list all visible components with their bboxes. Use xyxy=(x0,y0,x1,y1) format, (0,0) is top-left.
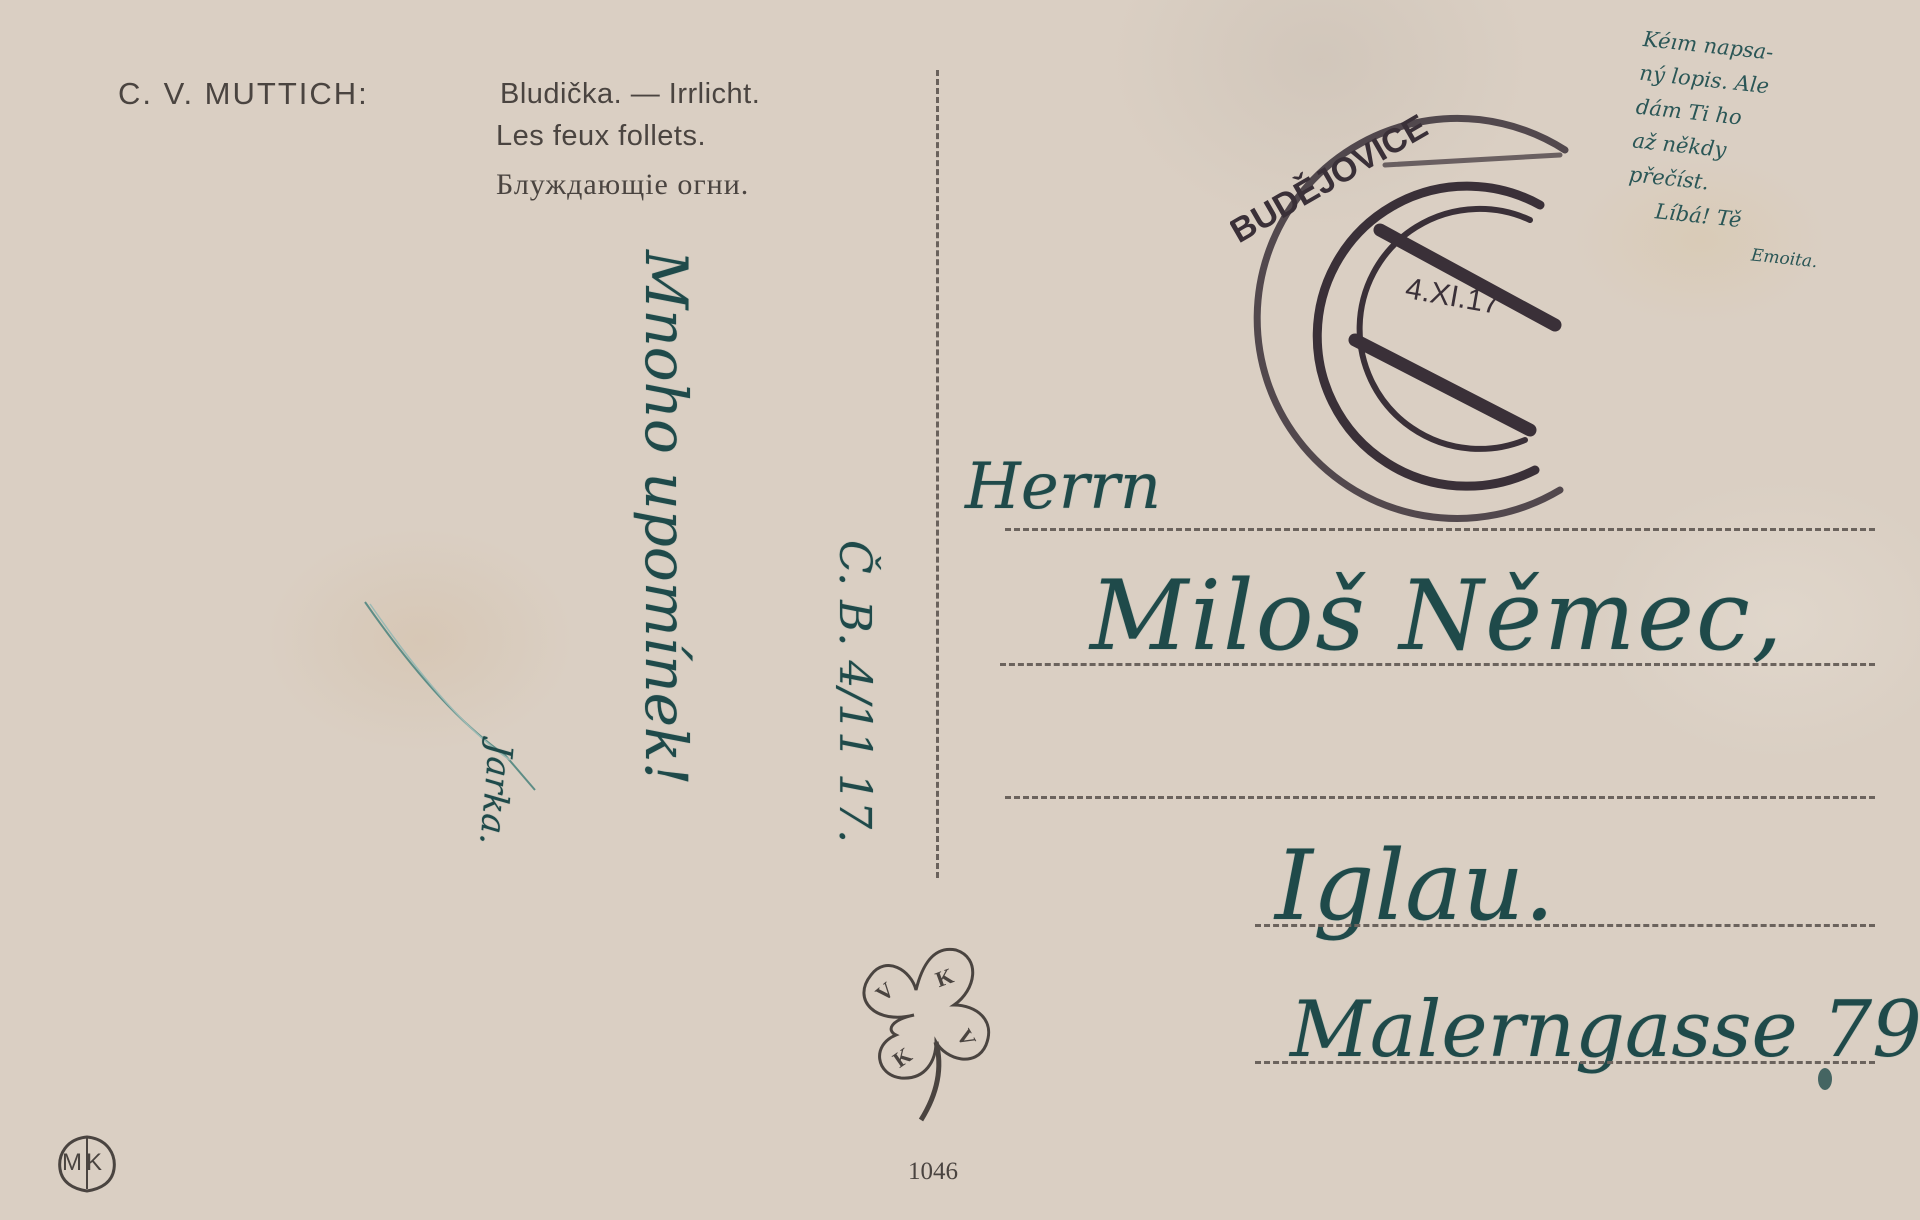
title-french: Les feux follets. xyxy=(496,120,706,153)
svg-text:V: V xyxy=(871,977,899,1006)
signature-flourish xyxy=(350,590,570,930)
postmark-icon: BUDĚJOVICE xyxy=(1230,95,1630,545)
address-line-3 xyxy=(1005,796,1875,799)
publisher-logo-text: MK xyxy=(62,1149,106,1177)
artist-name: C. V. MUTTICH: xyxy=(118,76,369,112)
address-line-5 xyxy=(1255,1061,1875,1064)
address-name: Miloš Němec, xyxy=(1090,560,1784,672)
svg-text:BUDĚJOVICE: BUDĚJOVICE xyxy=(1230,107,1434,250)
svg-text:K: K xyxy=(888,1042,916,1072)
serial-number: 1046 xyxy=(908,1158,958,1186)
clover-logo-icon: V K K V xyxy=(836,930,1016,1130)
center-divider xyxy=(936,70,939,878)
address-line-1 xyxy=(1005,528,1875,531)
address-line-4 xyxy=(1255,924,1875,927)
vertical-place-date: Č. B. 4/11 17. xyxy=(829,540,880,843)
address-salutation: Herrn xyxy=(965,450,1161,524)
title-czech-german: Bludička. — Irrlicht. xyxy=(500,78,760,111)
corner-note: Kéım napsa- ný lopis. Ale dám Ti ho až n… xyxy=(1620,22,1903,286)
ink-blot xyxy=(1818,1068,1832,1090)
svg-text:K: K xyxy=(932,963,957,992)
vertical-greeting: Mnoho upomínek! xyxy=(632,250,700,785)
postcard-back: C. V. MUTTICH: Bludička. — Irrlicht. Les… xyxy=(0,0,1920,1220)
address-line-2 xyxy=(1000,663,1875,666)
title-russian: Блуждающіе огни. xyxy=(496,168,749,202)
svg-text:V: V xyxy=(952,1025,982,1051)
